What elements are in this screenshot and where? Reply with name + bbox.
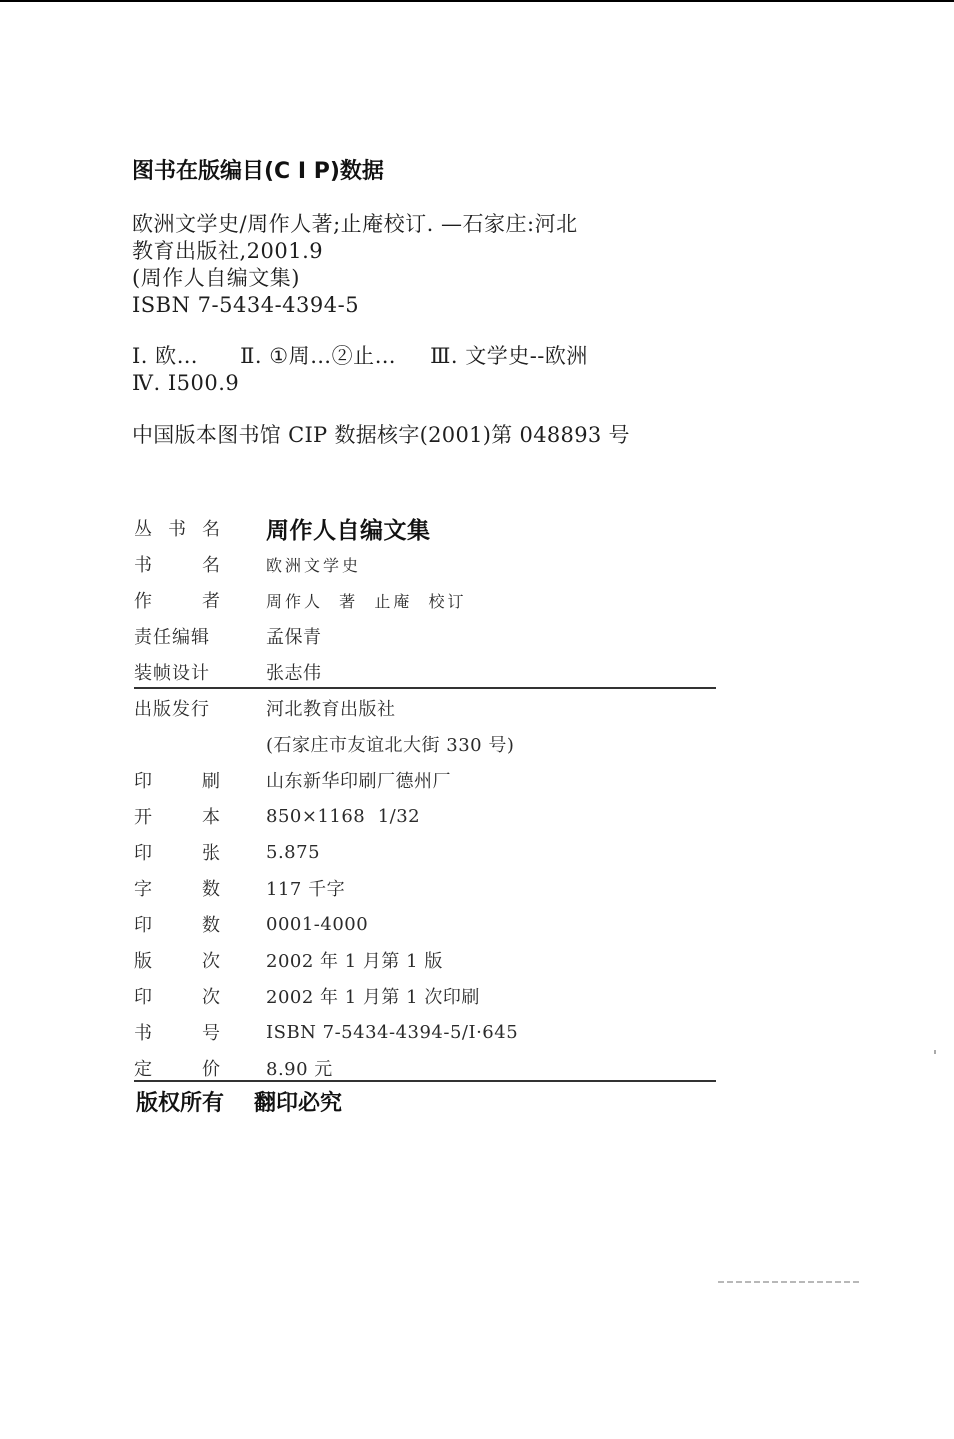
detail-label: 开本 bbox=[134, 803, 220, 829]
detail-label: 丛书名 bbox=[134, 515, 220, 541]
detail-row: 印张5.875 bbox=[134, 834, 716, 870]
detail-label-char: 号 bbox=[202, 1019, 220, 1045]
detail-label: 印张 bbox=[134, 839, 220, 865]
detail-label-char: 数 bbox=[202, 911, 220, 937]
detail-value: 5.875 bbox=[266, 842, 320, 863]
detail-label: 书号 bbox=[134, 1019, 220, 1045]
detail-value: 周作人 著 止庵 校订 bbox=[266, 589, 467, 612]
detail-row: 字数117 千字 bbox=[134, 870, 716, 906]
detail-row: 印刷山东新华印刷厂德州厂 bbox=[134, 762, 716, 798]
cip-description-line: 教育出版社,2001.9 bbox=[132, 238, 578, 265]
detail-label-char: 出版发行 bbox=[134, 695, 210, 721]
detail-label-char: 作 bbox=[134, 587, 152, 613]
detail-label-char: 书 bbox=[134, 1019, 152, 1045]
detail-label: 印数 bbox=[134, 911, 220, 937]
detail-value: ISBN 7-5434-4394-5/I·645 bbox=[266, 1022, 518, 1043]
detail-label-char: 丛 bbox=[134, 515, 152, 541]
detail-label: 印次 bbox=[134, 983, 220, 1009]
detail-value: 2002 年 1 月第 1 版 bbox=[266, 947, 443, 973]
detail-label-char: 责任编辑 bbox=[134, 623, 210, 649]
detail-label-char: 开 bbox=[134, 803, 152, 829]
cip-heading: 图书在版编目(C I P)数据 bbox=[132, 154, 384, 185]
detail-value: 0001-4000 bbox=[266, 914, 368, 935]
detail-label-char: 定 bbox=[134, 1055, 152, 1081]
detail-value: (石家庄市友谊北大街 330 号) bbox=[266, 731, 514, 757]
detail-row: 印次2002 年 1 月第 1 次印刷 bbox=[134, 978, 716, 1014]
detail-row: 书号ISBN 7-5434-4394-5/I·645 bbox=[134, 1014, 716, 1050]
detail-label-char: 刷 bbox=[202, 767, 220, 793]
detail-value: 2002 年 1 月第 1 次印刷 bbox=[266, 983, 480, 1009]
cip-record-number-text: 中国版本图书馆 CIP 数据核字(2001)第 048893 号 bbox=[132, 422, 630, 449]
detail-value: 8.90 元 bbox=[266, 1055, 333, 1081]
copyright-text: 版权所有 bbox=[136, 1086, 224, 1117]
detail-label-char: 印 bbox=[134, 767, 152, 793]
cip-description-line: (周作人自编文集) bbox=[132, 265, 578, 292]
cip-classification-line-2: Ⅳ. I500.9 bbox=[132, 370, 588, 397]
detail-row: 书名欧洲文学史 bbox=[134, 546, 716, 582]
detail-row: (石家庄市友谊北大街 330 号) bbox=[134, 726, 716, 762]
detail-row: 作者周作人 著 止庵 校订 bbox=[134, 582, 716, 618]
publication-details: 丛书名周作人自编文集书名欧洲文学史作者周作人 著 止庵 校订责任编辑孟保青装帧设… bbox=[134, 510, 716, 1086]
detail-value: 欧洲文学史 bbox=[266, 553, 361, 576]
cip-classification-line-1: Ⅰ. 欧…Ⅱ. ①周…②止…Ⅲ. 文学史--欧洲 bbox=[132, 343, 588, 370]
copyright-text: 翻印必究 bbox=[254, 1086, 342, 1117]
detail-row: 开本850×1168 1/32 bbox=[134, 798, 716, 834]
detail-label: 装帧设计 bbox=[134, 659, 220, 685]
detail-label-char: 次 bbox=[202, 983, 220, 1009]
detail-label-char: 名 bbox=[202, 515, 220, 541]
classification-item: Ⅰ. 欧… bbox=[132, 344, 198, 368]
detail-label-char: 印 bbox=[134, 983, 152, 1009]
detail-value: 河北教育出版社 bbox=[266, 695, 396, 721]
detail-label-char: 装帧设计 bbox=[134, 659, 210, 685]
detail-row: 出版发行河北教育出版社 bbox=[134, 690, 716, 726]
classification-item: Ⅱ. ①周…②止… bbox=[240, 344, 396, 368]
detail-row: 丛书名周作人自编文集 bbox=[134, 510, 716, 546]
cip-classification: Ⅰ. 欧…Ⅱ. ①周…②止…Ⅲ. 文学史--欧洲 Ⅳ. I500.9 bbox=[132, 343, 588, 397]
detail-value: 周作人自编文集 bbox=[266, 512, 431, 545]
page-top-border bbox=[0, 0, 954, 2]
detail-label-char: 书 bbox=[168, 515, 186, 541]
detail-label: 责任编辑 bbox=[134, 623, 220, 649]
detail-label-char: 印 bbox=[134, 911, 152, 937]
scan-artifact bbox=[718, 1281, 862, 1283]
detail-label: 出版发行 bbox=[134, 695, 220, 721]
detail-label-char: 名 bbox=[202, 551, 220, 577]
detail-label: 作者 bbox=[134, 587, 220, 613]
detail-value: 张志伟 bbox=[266, 659, 322, 685]
detail-value: 850×1168 1/32 bbox=[266, 806, 420, 827]
detail-label-char: 数 bbox=[202, 875, 220, 901]
detail-label: 版次 bbox=[134, 947, 220, 973]
detail-label-char: 价 bbox=[202, 1055, 220, 1081]
cip-description: 欧洲文学史/周作人著;止庵校订. —石家庄:河北 教育出版社,2001.9 (周… bbox=[132, 211, 578, 319]
detail-label: 定价 bbox=[134, 1055, 220, 1081]
detail-value: 117 千字 bbox=[266, 875, 345, 901]
detail-label: 书名 bbox=[134, 551, 220, 577]
divider-rule bbox=[134, 687, 716, 689]
divider-rule bbox=[134, 1080, 716, 1082]
cip-description-line: ISBN 7-5434-4394-5 bbox=[132, 292, 578, 319]
detail-label-char: 字 bbox=[134, 875, 152, 901]
detail-label-char: 次 bbox=[202, 947, 220, 973]
cip-description-line: 欧洲文学史/周作人著;止庵校订. —石家庄:河北 bbox=[132, 211, 578, 238]
cip-record-number: 中国版本图书馆 CIP 数据核字(2001)第 048893 号 bbox=[132, 422, 630, 449]
detail-value: 孟保青 bbox=[266, 623, 322, 649]
copyright-notice: 版权所有翻印必究 bbox=[136, 1086, 342, 1117]
scan-artifact bbox=[934, 1050, 936, 1054]
detail-row: 印数0001-4000 bbox=[134, 906, 716, 942]
detail-label: 印刷 bbox=[134, 767, 220, 793]
detail-label: 字数 bbox=[134, 875, 220, 901]
detail-row: 版次2002 年 1 月第 1 版 bbox=[134, 942, 716, 978]
detail-label-char: 张 bbox=[202, 839, 220, 865]
classification-item: Ⅲ. 文学史--欧洲 bbox=[430, 344, 588, 368]
detail-label-char: 版 bbox=[134, 947, 152, 973]
detail-label-char: 印 bbox=[134, 839, 152, 865]
detail-value: 山东新华印刷厂德州厂 bbox=[266, 767, 451, 793]
detail-label-char: 书 bbox=[134, 551, 152, 577]
detail-row: 责任编辑孟保青 bbox=[134, 618, 716, 654]
detail-row: 装帧设计张志伟 bbox=[134, 654, 716, 690]
detail-label-char: 本 bbox=[202, 803, 220, 829]
detail-label-char: 者 bbox=[202, 587, 220, 613]
